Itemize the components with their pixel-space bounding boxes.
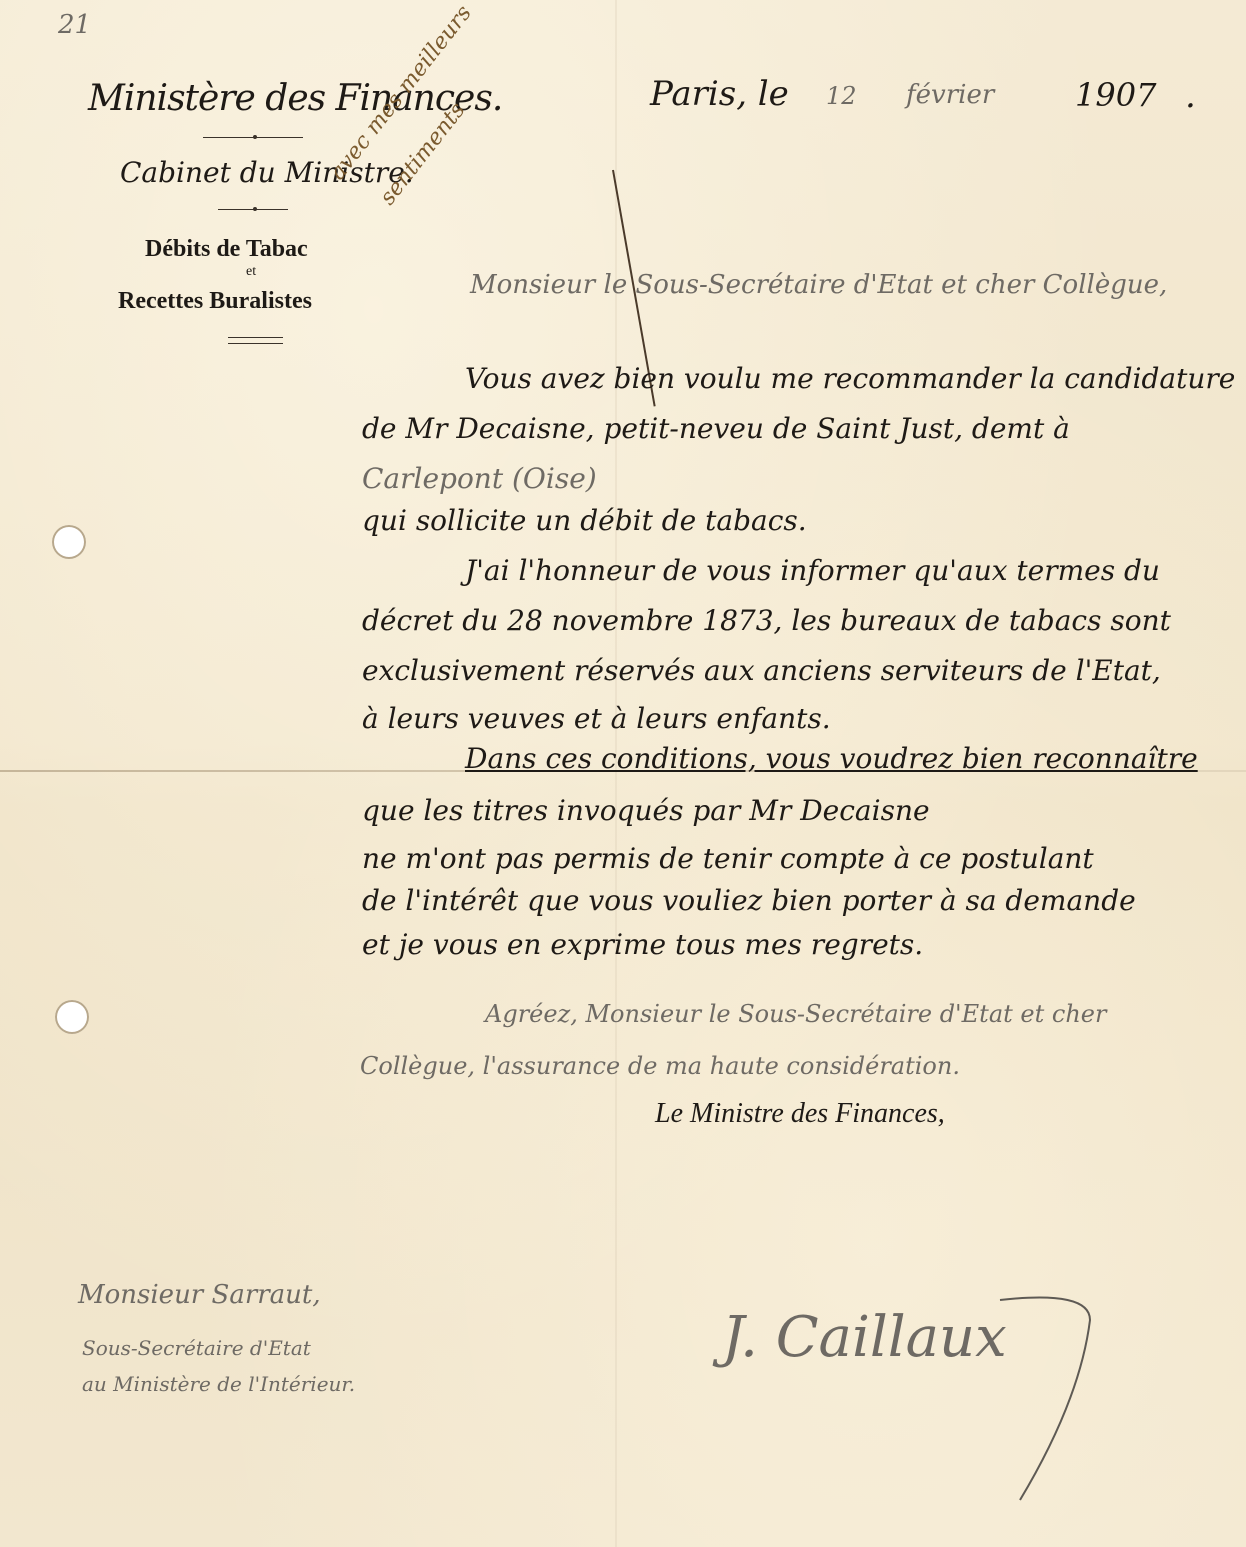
letterhead-department-line2: Recettes Buralistes	[118, 288, 312, 315]
letter-page: 21 Ministère des Finances. Cabinet du Mi…	[0, 0, 1246, 1547]
body-line: Dans ces conditions, vous voudrez bien r…	[465, 742, 1198, 775]
addressee-name: Monsieur Sarraut,	[78, 1280, 321, 1310]
body-line: ne m'ont pas permis de tenir compte à ce…	[362, 842, 1094, 875]
dateline-month: février	[906, 80, 994, 110]
body-line: qui sollicite un débit de tabacs.	[362, 504, 807, 537]
body-line: exclusivement réservés aux anciens servi…	[362, 654, 1161, 687]
body-line: de Mr Decaisne, petit-neveu de Saint Jus…	[362, 412, 1070, 445]
body-line: et je vous en exprime tous mes regrets.	[362, 928, 923, 961]
punch-hole-bottom	[55, 1000, 89, 1034]
body-line: Carlepont (Oise)	[362, 462, 597, 495]
closing-line: Collègue, l'assurance de ma haute consid…	[360, 1052, 960, 1080]
archive-number: 21	[58, 10, 91, 40]
dateline-terminator: .	[1185, 76, 1196, 116]
signatory-title: Le Ministre des Finances,	[655, 1098, 945, 1130]
addressee-title: Sous-Secrétaire d'Etat	[82, 1336, 311, 1360]
letterhead-divider	[203, 137, 303, 138]
punch-hole-top	[52, 525, 86, 559]
closing-line: Agréez, Monsieur le Sous-Secrétaire d'Et…	[485, 1000, 1106, 1028]
dateline-place: Paris, le	[650, 74, 789, 114]
dateline-day: 12	[826, 82, 857, 110]
signature-flourish-icon	[980, 1280, 1100, 1520]
signature: J. Caillaux	[722, 1305, 1007, 1370]
letterhead-divider	[218, 209, 288, 210]
body-line: J'ai l'honneur de vous informer qu'aux t…	[465, 554, 1160, 587]
addressee-ministry: au Ministère de l'Intérieur.	[82, 1372, 355, 1396]
dateline-year: 1907	[1075, 76, 1156, 114]
body-line: que les titres invoqués par Mr Decaisne	[362, 794, 930, 827]
salutation: Monsieur le Sous-Secrétaire d'Etat et ch…	[470, 270, 1167, 300]
body-line: Vous avez bien voulu me recommander la c…	[465, 362, 1235, 395]
letterhead-double-rule	[228, 337, 283, 344]
letterhead-cabinet: Cabinet du Ministre.	[120, 156, 414, 189]
letterhead-department-conjunction: et	[246, 264, 256, 280]
body-line: de l'intérêt que vous vouliez bien porte…	[362, 884, 1136, 917]
letterhead-department-line1: Débits de Tabac	[145, 236, 308, 263]
body-line: décret du 28 novembre 1873, les bureaux …	[362, 604, 1171, 637]
body-line: à leurs veuves et à leurs enfants.	[362, 702, 831, 735]
